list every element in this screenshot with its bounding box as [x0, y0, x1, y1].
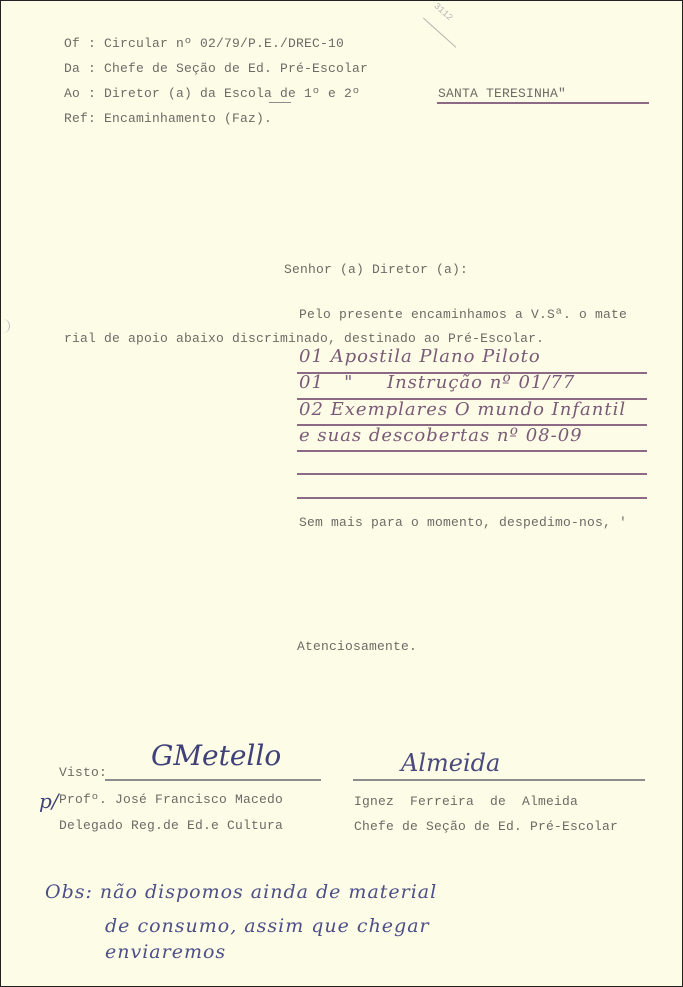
signature-metello: GMetello: [151, 739, 281, 772]
note-line-1: Obs: não dispomos ainda de material: [45, 881, 437, 903]
material-item: 02 Exemplares O mundo Infantil: [299, 399, 626, 420]
material-item: 01 " Instrução nº 01/77: [299, 372, 575, 393]
material-line: [297, 497, 647, 499]
visto-signature-line: [105, 779, 321, 781]
material-line: [297, 450, 647, 452]
header-ref-line: Ref: Encaminhamento (Faz).: [64, 111, 272, 126]
note-line-2: de consumo, assim que chegar: [105, 915, 430, 937]
header-school-name: SANTA TERESINHA": [438, 86, 566, 101]
binding-hole-mark: [1, 319, 10, 333]
regards-text: Atenciosamente.: [297, 639, 417, 654]
pp-mark: p/: [39, 789, 59, 813]
header-of-line: Of : Circular nº 02/79/P.E./DREC-10: [64, 36, 344, 51]
right-signature-line: [353, 779, 645, 781]
closing-text: Sem mais para o momento, despedimo-nos, …: [299, 515, 627, 530]
left-signer-title: Delegado Reg.de Ed.e Cultura: [59, 818, 283, 833]
left-signer-name: Profº. José Francisco Macedo: [59, 792, 283, 807]
school-name-underline: [437, 102, 649, 104]
material-line: [297, 473, 647, 475]
stamp-number: 3112: [432, 1, 455, 23]
paragraph-line-1: Pelo presente encaminhamos a V.Sª. o mat…: [299, 307, 627, 322]
header-da-line: Da : Chefe de Seção de Ed. Pré-Escolar: [64, 61, 368, 76]
material-item: e suas descobertas nº 08-09: [299, 425, 583, 446]
document-page: 3112 Of : Circular nº 02/79/P.E./DREC-10…: [0, 0, 683, 987]
salutation: Senhor (a) Diretor (a):: [284, 262, 468, 277]
right-signer-name: Ignez Ferreira de Almeida: [354, 794, 578, 809]
paragraph-line-2: rial de apoio abaixo discriminado, desti…: [64, 331, 544, 346]
ao-grade-underline: [269, 102, 291, 103]
right-signer-title: Chefe de Seção de Ed. Pré-Escolar: [354, 819, 618, 834]
note-line-3: enviaremos: [105, 941, 226, 963]
received-stamp: 3112: [423, 1, 471, 48]
visto-label: Visto:: [59, 765, 107, 780]
header-ao-line: Ao : Diretor (a) da Escola de 1º e 2º: [64, 86, 360, 101]
material-item: 01 Apostila Plano Piloto: [299, 346, 541, 367]
signature-almeida: Almeida: [401, 749, 500, 777]
